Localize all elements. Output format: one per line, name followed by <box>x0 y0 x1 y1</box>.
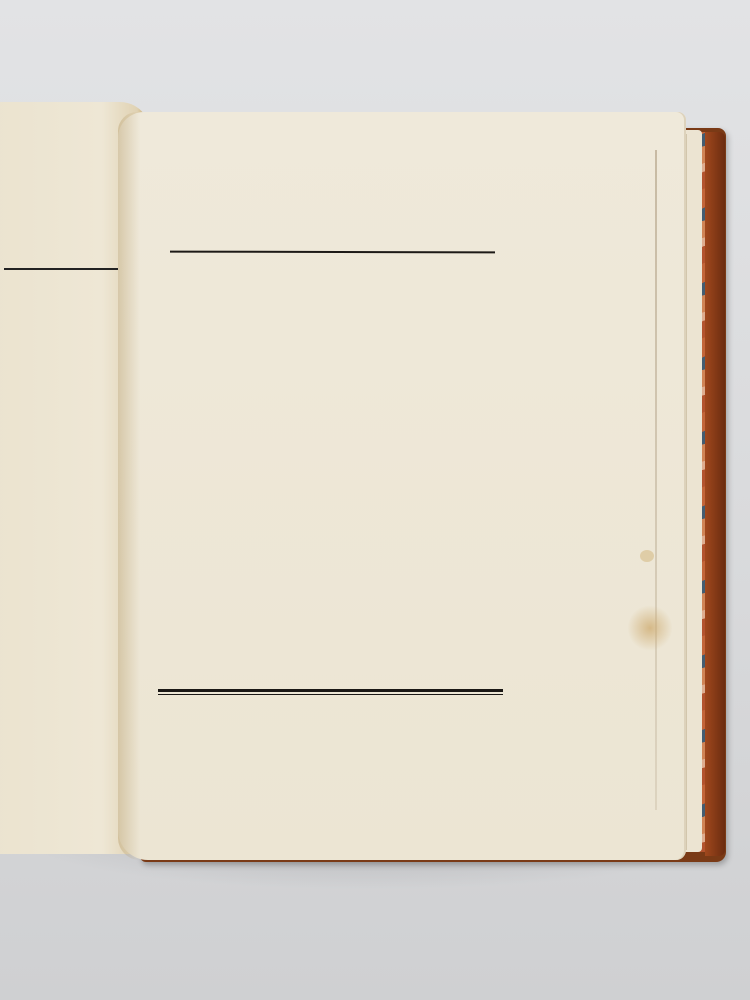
left-page-rule <box>4 268 124 270</box>
cover-edge <box>705 132 725 856</box>
publisher-notice <box>172 262 498 264</box>
left-page-text <box>0 162 122 184</box>
right-page <box>118 112 686 860</box>
foxing-stain <box>628 604 672 652</box>
foxing-spot <box>640 550 654 562</box>
spine-shadow <box>118 112 140 860</box>
imprint-double-rule <box>158 689 503 695</box>
page-edge-fold <box>655 150 657 810</box>
